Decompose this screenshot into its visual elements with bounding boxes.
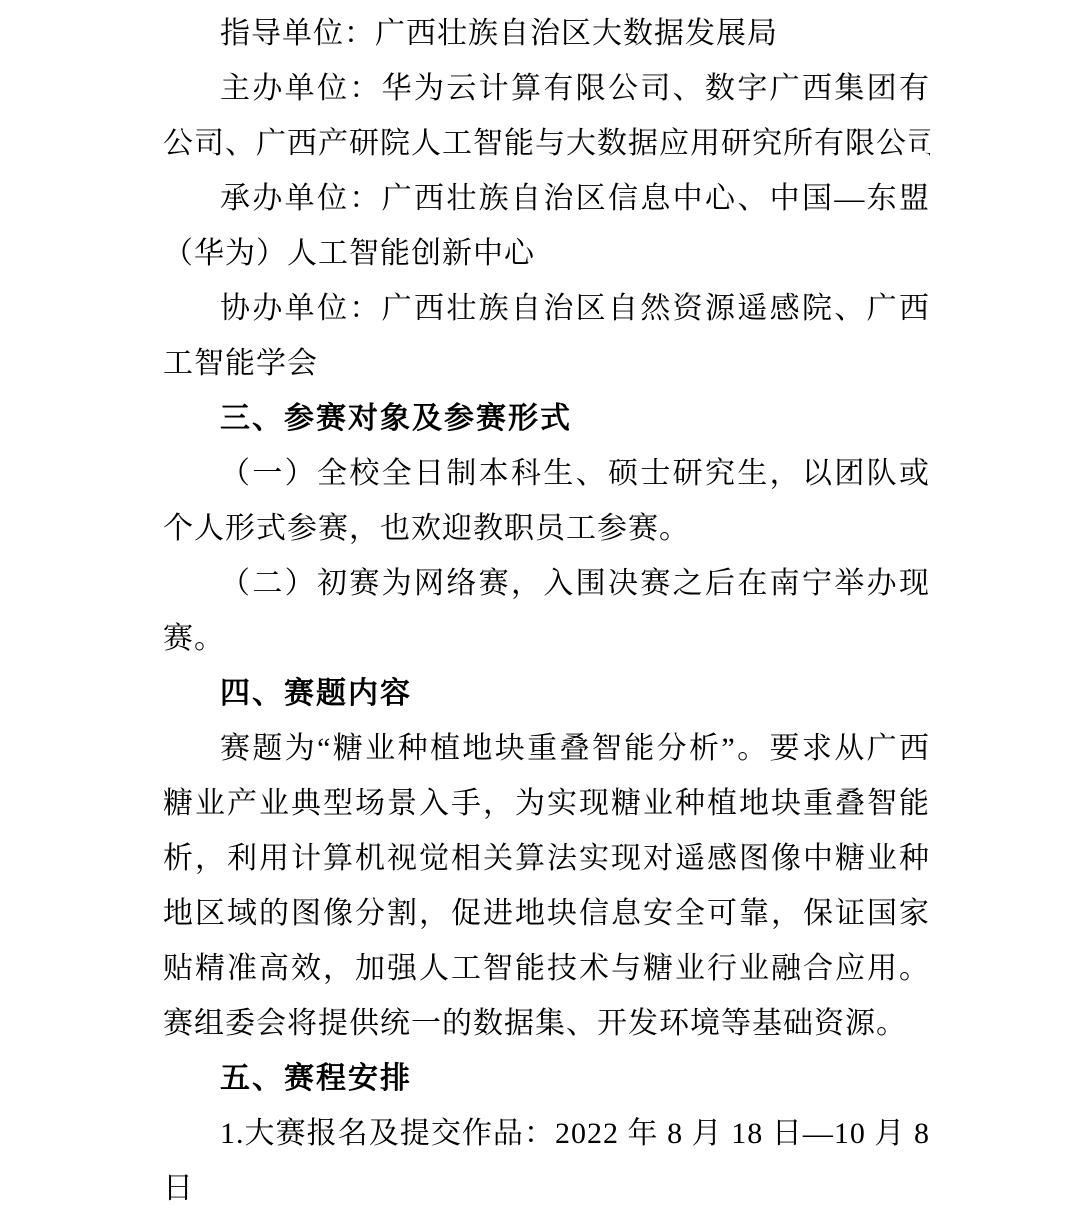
paragraph-line: 指导单位：广西壮族自治区大数据发展局 (163, 6, 930, 61)
paragraph-line: 公司、广西产研院人工智能与大数据应用研究所有限公司 (163, 116, 930, 171)
section-heading: 四、赛题内容 (163, 666, 930, 721)
paragraph-line: 主办单位：华为云计算有限公司、数字广西集团有限 (163, 61, 930, 116)
paragraph-line: 赛题为“糖业种植地块重叠智能分析”。要求从广西 (163, 721, 930, 776)
document-text-block: 指导单位：广西壮族自治区大数据发展局主办单位：华为云计算有限公司、数字广西集团有… (163, 6, 930, 1216)
paragraph-line: 1.大赛报名及提交作品：2022 年 8 月 18 日—10 月 8 (163, 1106, 930, 1161)
paragraph-line: （华为）人工智能创新中心 (163, 226, 930, 281)
paragraph-line: 糖业产业典型场景入手，为实现糖业种植地块重叠智能分 (163, 776, 930, 831)
section-heading: 五、赛程安排 (163, 1051, 930, 1106)
paragraph-line: 地区域的图像分割，促进地块信息安全可靠，保证国家补 (163, 886, 930, 941)
paragraph-line: 析，利用计算机视觉相关算法实现对遥感图像中糖业种植 (163, 831, 930, 886)
paragraph-line: （二）初赛为网络赛，入围决赛之后在南宁举办现场 (163, 556, 930, 611)
document-page: 指导单位：广西壮族自治区大数据发展局主办单位：华为云计算有限公司、数字广西集团有… (0, 0, 1091, 1226)
paragraph-line: 工智能学会 (163, 336, 930, 391)
paragraph-line: 日 (163, 1161, 930, 1216)
paragraph-line: 赛组委会将提供统一的数据集、开发环境等基础资源。 (163, 996, 930, 1051)
paragraph-line: 个人形式参赛，也欢迎教职员工参赛。 (163, 501, 930, 556)
paragraph-line: 协办单位：广西壮族自治区自然资源遥感院、广西人 (163, 281, 930, 336)
paragraph-line: （一）全校全日制本科生、硕士研究生，以团队或者 (163, 446, 930, 501)
section-heading: 三、参赛对象及参赛形式 (163, 391, 930, 446)
paragraph-line: 赛。 (163, 611, 930, 666)
paragraph-line: 承办单位：广西壮族自治区信息中心、中国—东盟 (163, 171, 930, 226)
paragraph-line: 贴精准高效，加强人工智能技术与糖业行业融合应用。大 (163, 941, 930, 996)
